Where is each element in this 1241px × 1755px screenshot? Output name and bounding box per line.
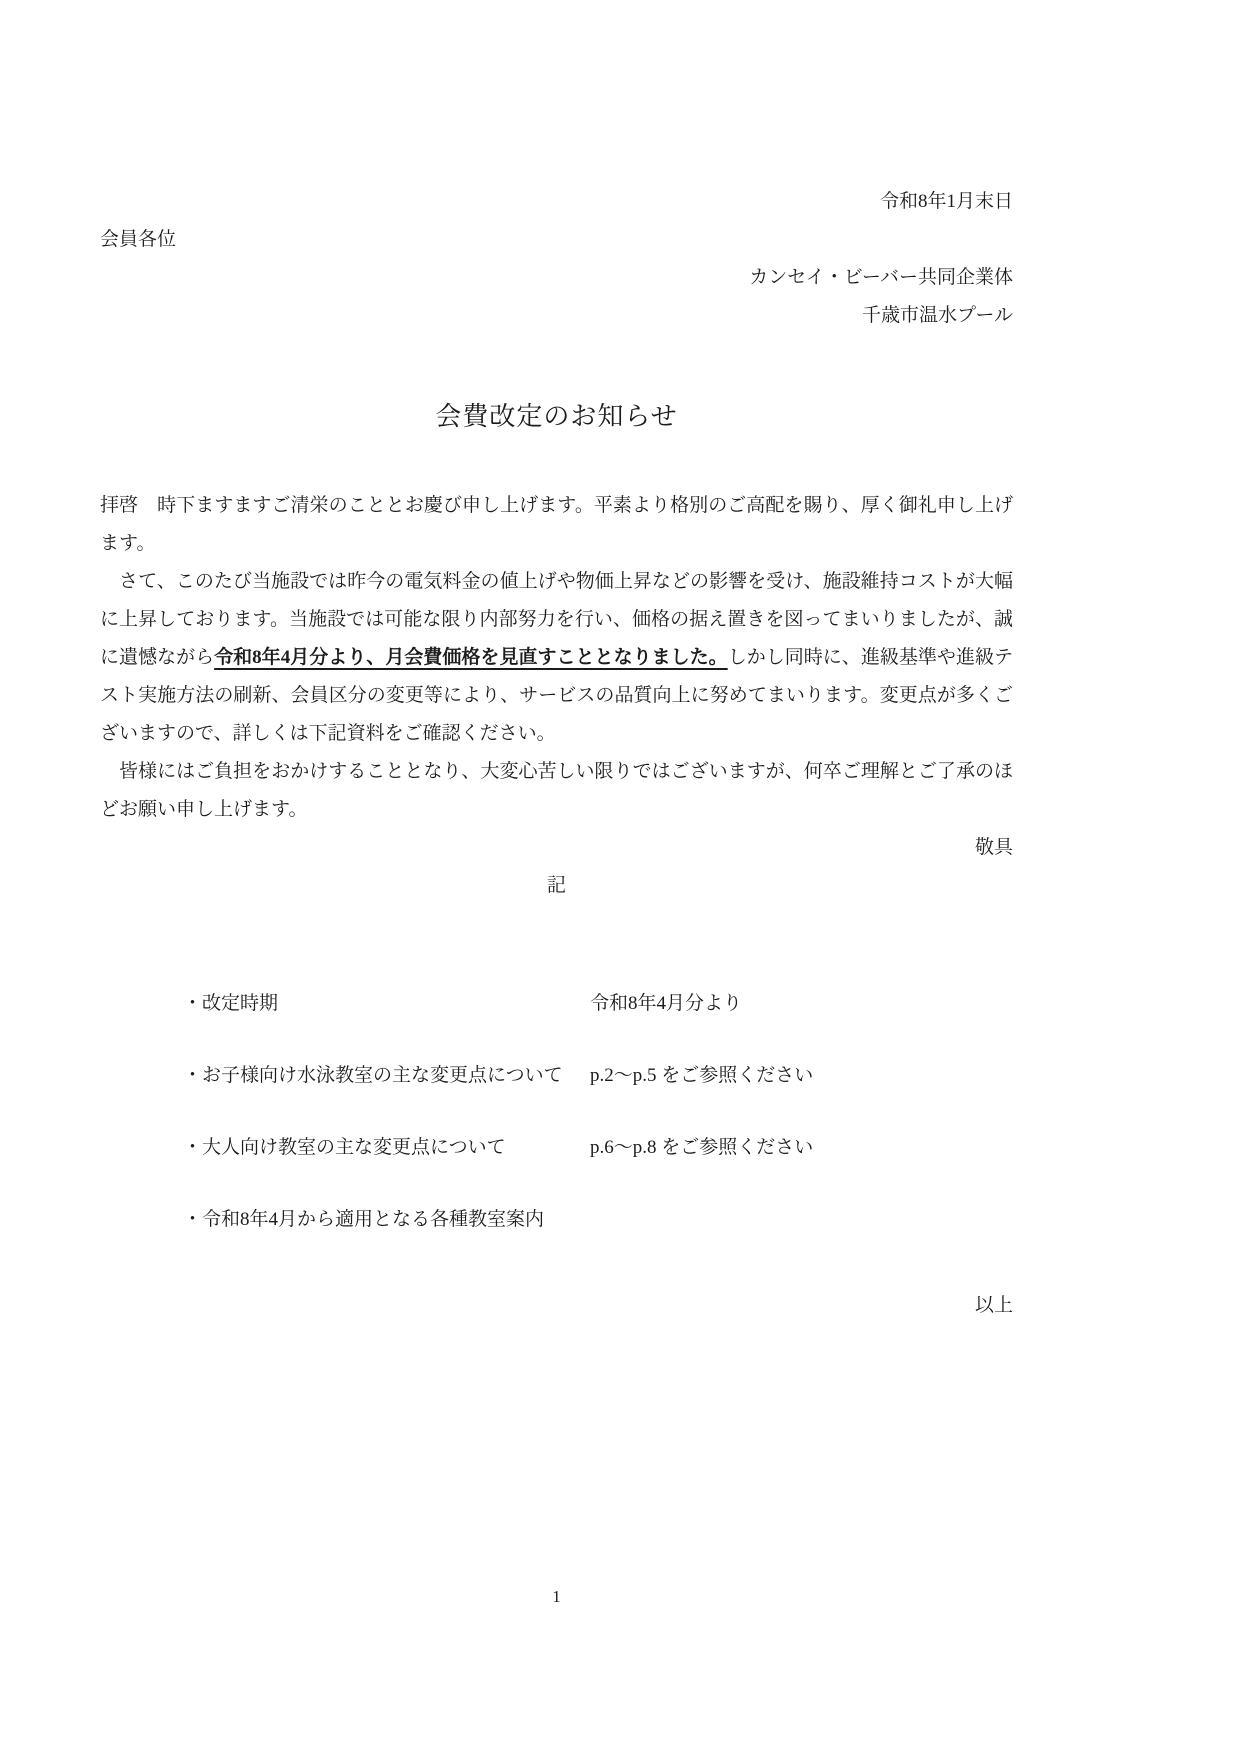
list-item-value: 令和8年4月分より (590, 985, 1013, 1023)
list-item-value: p.2～p.5 をご参照ください (590, 1057, 1013, 1095)
closing-keigu: 敬具 (100, 829, 1013, 867)
sender-organization: カンセイ・ビーバー共同企業体 (100, 259, 1013, 297)
list-item: ・令和8年4月から適用となる各種教室案内 (100, 1201, 1013, 1239)
end-marker-ijou: 以上 (100, 1287, 1013, 1325)
list-item: ・お子様向け水泳教室の主な変更点についてp.2～p.5 をご参照ください (100, 1057, 1013, 1095)
notice-list: ・改定時期令和8年4月分より・お子様向け水泳教室の主な変更点についてp.2～p.… (100, 985, 1013, 1239)
page-number: 1 (100, 1585, 1013, 1609)
document-page: 令和8年1月末日 会員各位 カンセイ・ビーバー共同企業体 千歳市温水プール 会費… (0, 0, 1241, 1755)
list-item-value: p.6～p.8 をご参照ください (590, 1129, 1013, 1167)
list-item: ・改定時期令和8年4月分より (100, 985, 1013, 1023)
letter-recipient: 会員各位 (100, 221, 1013, 259)
paragraph: 皆様にはご負担をおかけすることとなり、大変心苦しい限りではございますが、何卒ご理… (100, 753, 1013, 829)
list-item-label: ・令和8年4月から適用となる各種教室案内 (183, 1201, 590, 1239)
list-item-label: ・大人向け教室の主な変更点について (183, 1129, 590, 1167)
paragraph: さて、このたび当施設では昨今の電気料金の値上げや物価上昇などの影響を受け、施設維… (100, 563, 1013, 753)
list-item-label: ・改定時期 (183, 985, 590, 1023)
page-title: 会費改定のお知らせ (100, 397, 1013, 437)
letter-date: 令和8年1月末日 (100, 183, 1013, 221)
list-item-value (590, 1201, 1013, 1239)
list-item-label: ・お子様向け水泳教室の主な変更点について (183, 1057, 590, 1095)
sender-facility: 千歳市温水プール (100, 297, 1013, 335)
emphasized-text: 令和8年4月分より、月会費価格を見直すこととなりました。 (214, 647, 728, 668)
paragraph-text: 拝啓 時下ますますご清栄のこととお慶び申し上げます。平素より格別のご高配を賜り、… (100, 495, 1013, 554)
ki-marker: 記 (100, 867, 1013, 905)
list-item: ・大人向け教室の主な変更点についてp.6～p.8 をご参照ください (100, 1129, 1013, 1167)
paragraph: 拝啓 時下ますますご清栄のこととお慶び申し上げます。平素より格別のご高配を賜り、… (100, 487, 1013, 563)
paragraph-text: 皆様にはご負担をおかけすることとなり、大変心苦しい限りではございますが、何卒ご理… (100, 761, 1013, 820)
body-paragraphs: 拝啓 時下ますますご清栄のこととお慶び申し上げます。平素より格別のご高配を賜り、… (100, 487, 1013, 829)
document-content: 令和8年1月末日 会員各位 カンセイ・ビーバー共同企業体 千歳市温水プール 会費… (0, 0, 1241, 1325)
